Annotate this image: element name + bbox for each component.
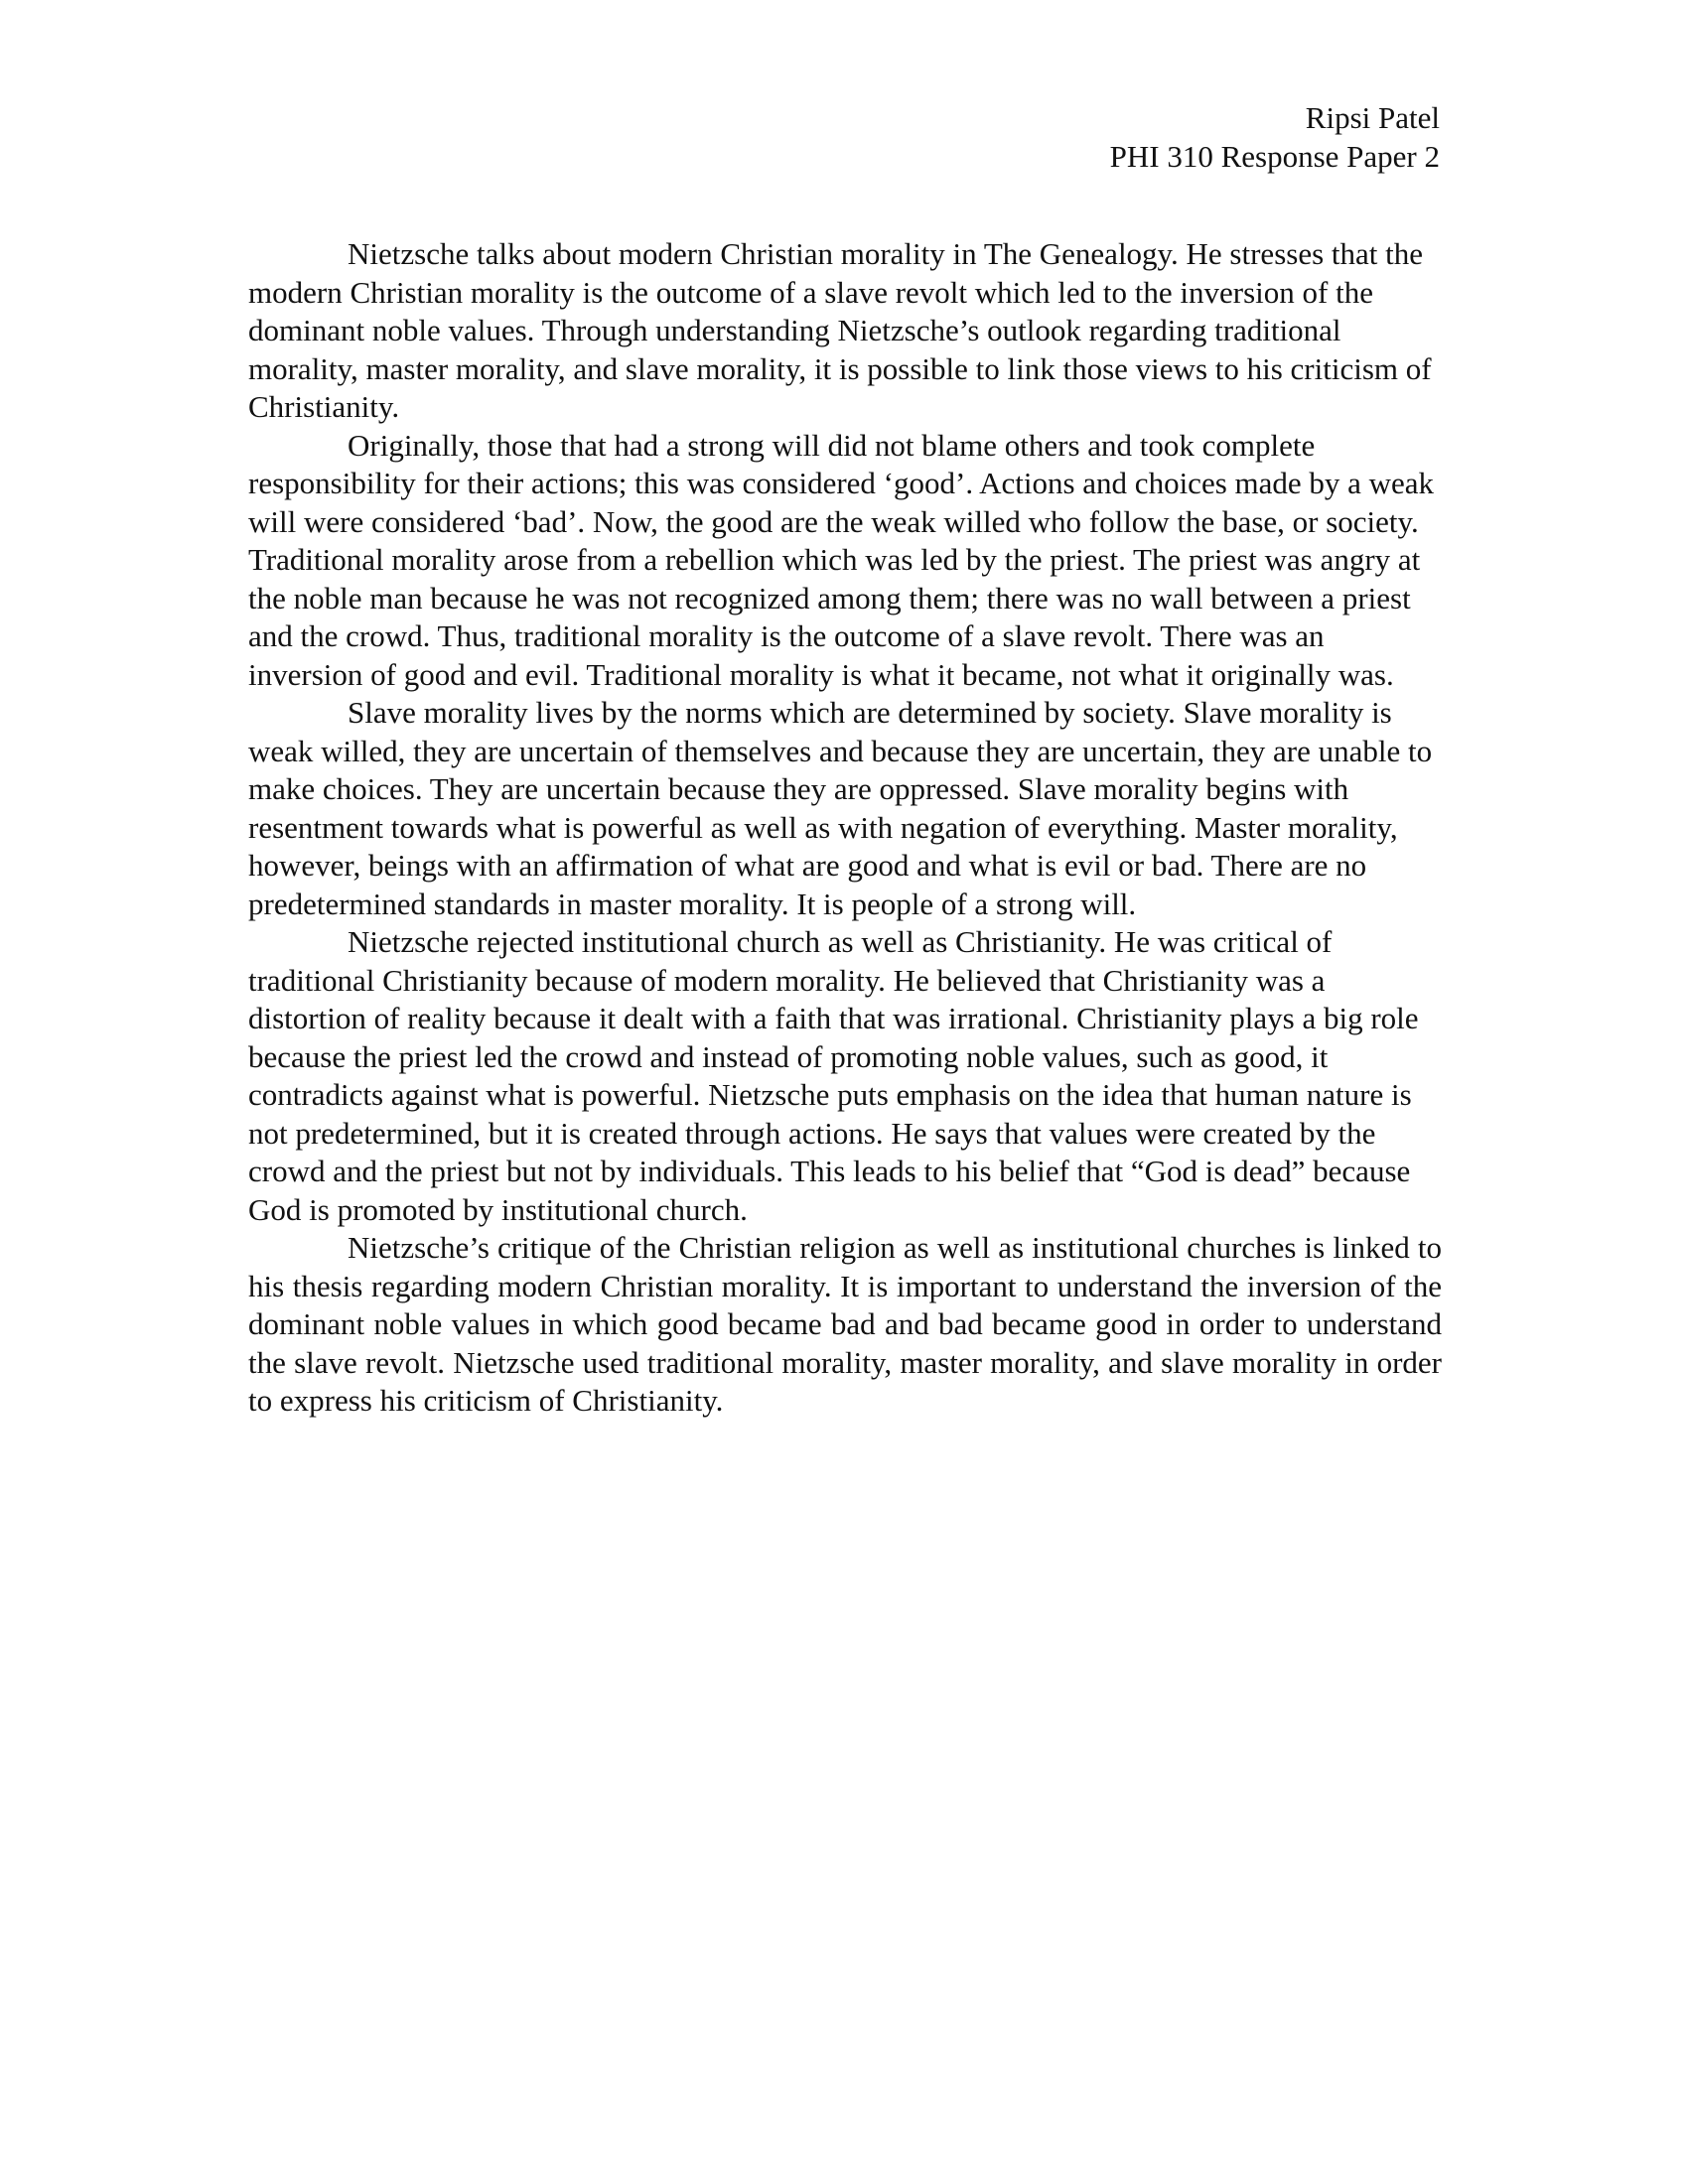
document-header: Ripsi Patel PHI 310 Response Paper 2 (1110, 99, 1440, 176)
paragraph-conclusion: Nietzsche’s critique of the Christian re… (248, 1229, 1442, 1421)
author-name: Ripsi Patel (1110, 99, 1440, 138)
paragraph-christianity-critique: Nietzsche rejected institutional church … (248, 923, 1442, 1229)
paragraph-introduction: Nietzsche talks about modern Christian m… (248, 235, 1442, 427)
paper-title: PHI 310 Response Paper 2 (1110, 138, 1440, 177)
paragraph-slave-master-morality: Slave morality lives by the norms which … (248, 694, 1442, 923)
paragraph-traditional-morality: Originally, those that had a strong will… (248, 427, 1442, 695)
document-body: Nietzsche talks about modern Christian m… (248, 235, 1442, 1421)
document-page: Ripsi Patel PHI 310 Response Paper 2 Nie… (0, 0, 1688, 2184)
